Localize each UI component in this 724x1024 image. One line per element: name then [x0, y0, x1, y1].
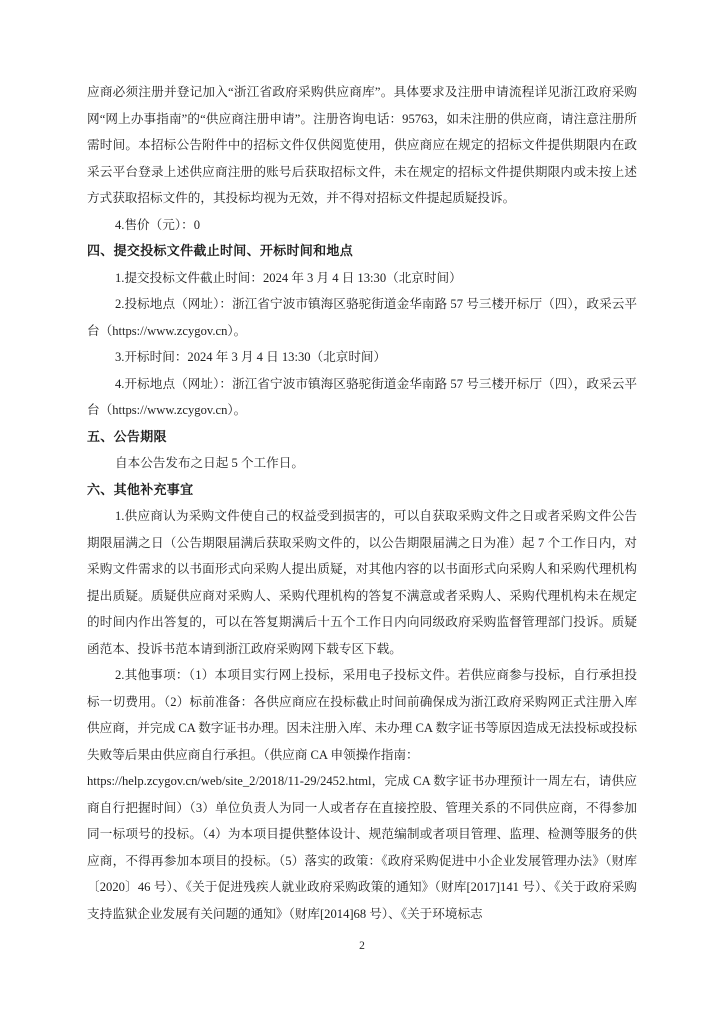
section-heading-announcement-period: 五、公告期限: [87, 424, 637, 451]
para-other-matters: 2.其他事项：（1）本项目实行网上投标，采用电子投标文件。若供应商参与投标，自行…: [87, 662, 637, 768]
para-query-and-complaint: 1.供应商认为采购文件使自己的权益受到损害的，可以自获取采购文件之日或者采购文件…: [87, 503, 637, 662]
section-heading-submission-deadline: 四、提交投标文件截止时间、开标时间和地点: [87, 238, 637, 265]
item-bid-opening-time: 3.开标时间：2024 年 3 月 4 日 13:30（北京时间）: [87, 344, 637, 371]
document-content: 应商必须注册并登记加入“浙江省政府采购供应商库”。具体要求及注册申请流程详见浙江…: [87, 79, 637, 927]
item-bid-location: 2.投标地点（网址）：浙江省宁波市镇海区骆驼街道金华南路 57 号三楼开标厅（四…: [87, 291, 637, 344]
item-bid-submission-deadline: 1.提交投标文件截止时间：2024 年 3 月 4 日 13:30（北京时间）: [87, 265, 637, 292]
item-sale-price: 4.售价（元）：0: [87, 212, 637, 239]
document-page: 应商必须注册并登记加入“浙江省政府采购供应商库”。具体要求及注册申请流程详见浙江…: [0, 0, 724, 1024]
section-heading-other-matters: 六、其他补充事宜: [87, 477, 637, 504]
para-announcement-period: 自本公告发布之日起 5 个工作日。: [87, 450, 637, 477]
para-supplier-registration-continued: 应商必须注册并登记加入“浙江省政府采购供应商库”。具体要求及注册申请流程详见浙江…: [87, 79, 637, 212]
item-bid-opening-location: 4.开标地点（网址）：浙江省宁波市镇海区骆驼街道金华南路 57 号三楼开标厅（四…: [87, 371, 637, 424]
page-number: 2: [0, 938, 724, 954]
para-other-matters-continued: https://help.zcygov.cn/web/site_2/2018/1…: [87, 768, 637, 927]
